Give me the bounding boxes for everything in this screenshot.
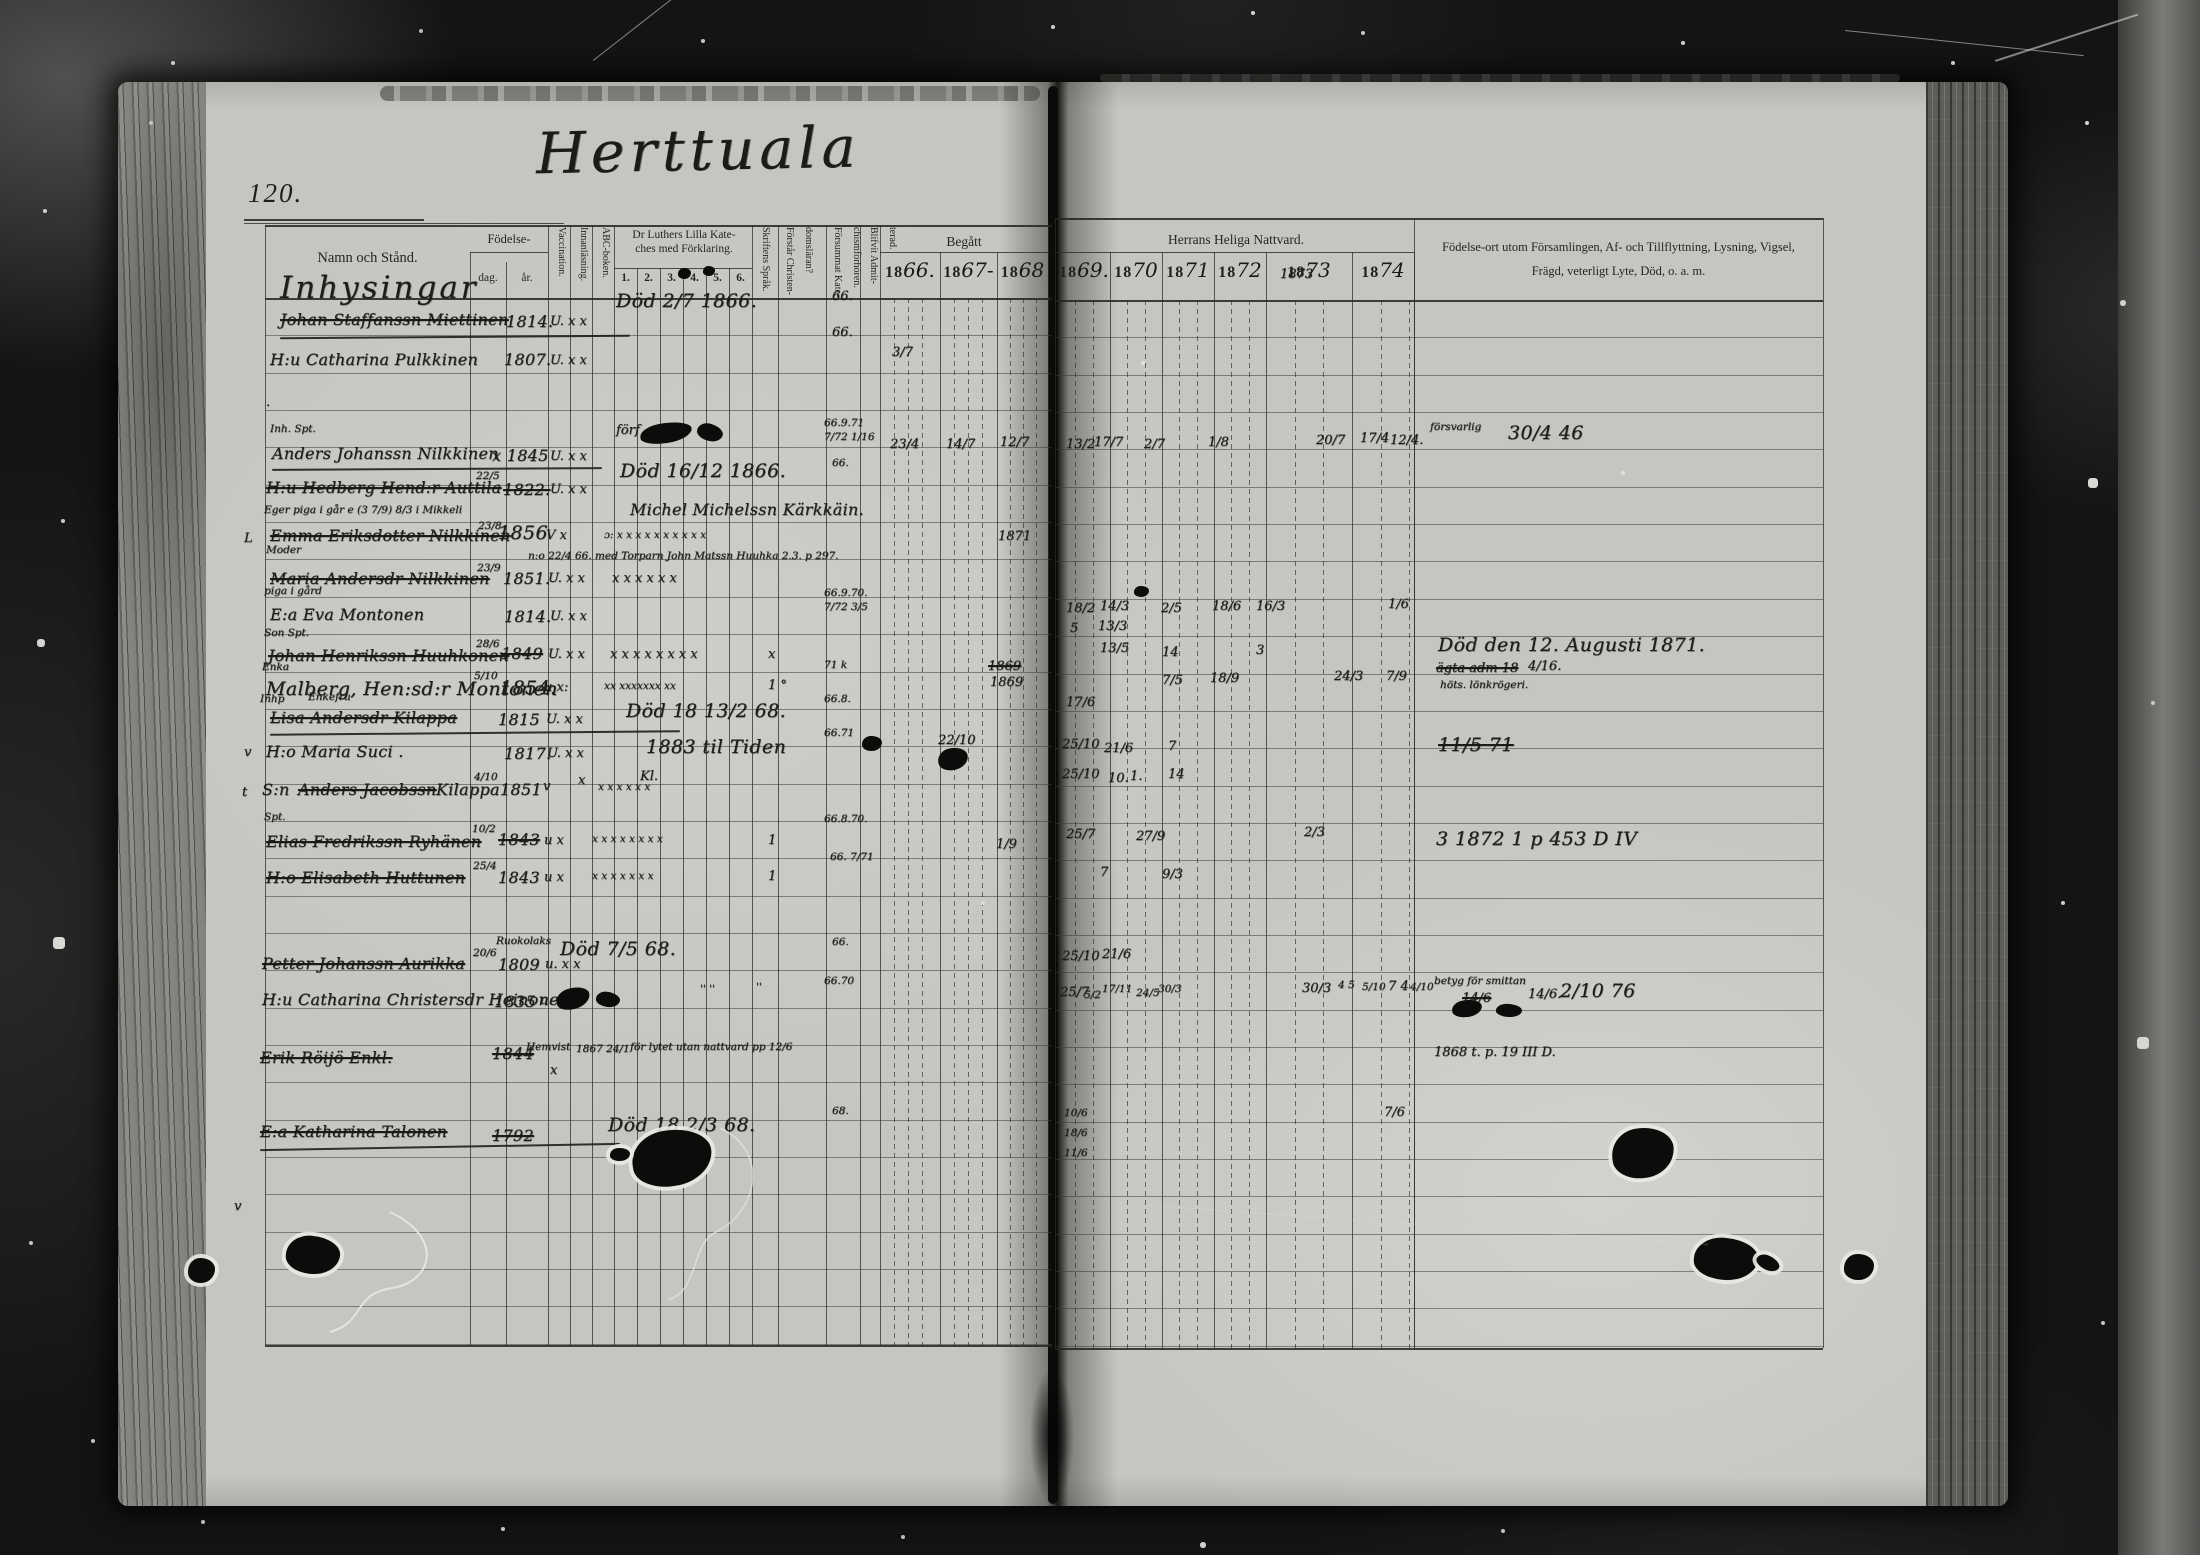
grid-line-h [265,522,1052,523]
handwritten-entry: 1. [1130,770,1142,783]
handwritten-entry: x 1845 [492,448,549,464]
handwritten-entry: 66. [832,326,853,339]
handwritten-entry: 1869 [988,660,1021,673]
col-header-understands-doctrine: Förstår Christen- domsläran? [780,227,818,299]
grid-line-h [1055,1346,1823,1347]
year-printed-prefix: 18 [1059,264,1077,281]
grid-line-v [1231,300,1232,1348]
year-handwritten-digits: 74 [1379,258,1404,282]
handwritten-entry: 1 [768,870,776,883]
grid-line-v [752,225,753,1345]
handwritten-entry: 5/10 [1362,982,1386,993]
handwritten-entry: 1809 [498,957,540,973]
left-page-stack-edge [118,82,206,1506]
handwritten-entry: x [578,774,585,787]
grid-line-h [1055,1122,1823,1123]
grid-line-h [265,1082,1052,1083]
handwritten-entry: 24/5 [1136,988,1160,999]
page-number: 120. [248,178,303,209]
scratch-line [593,0,712,61]
grid-line-h [265,634,1052,635]
handwritten-entry: 12/4. [1390,434,1423,447]
grid-line-h [1055,599,1823,600]
handwritten-entry: . [266,396,270,409]
grid-line-h [265,1269,1052,1270]
grid-line-h [1055,860,1823,861]
handwritten-entry: 21/6 [1102,948,1131,961]
grid-line-v [922,298,923,1345]
grid-line-h [265,1194,1052,1195]
handwritten-entry: 7 4 [1388,980,1409,993]
handwritten-entry: Spt. [264,812,285,823]
grid-line-v [1075,300,1076,1348]
handwritten-entry: 25/7 [1066,828,1095,841]
handwritten-entry: 1851. [503,571,550,587]
handwritten-entry: xx xxxxxxx xx [604,681,676,692]
handwritten-entry: 5 [1070,622,1078,635]
handwritten-entry: 2/7 [1144,438,1165,451]
handwritten-entry: 22/10 [938,734,975,747]
handwritten-entry: 25/10 [1062,768,1099,781]
grid-line-h [1055,561,1823,562]
right-page-stack-edge [1926,82,2008,1506]
handwritten-entry: Anders Jacobssn [298,782,437,798]
grid-line-v [1352,252,1353,1348]
grid-line-v [1145,300,1146,1348]
handwritten-entry: H:u Hedberg Hend:r Auttila [266,480,501,496]
handwritten-entry: 66. 7/71 [830,852,874,863]
section-heading-handwritten: Inhysingar [280,270,479,306]
handwritten-entry: 1835 [494,994,536,1010]
grid-line-h [265,1345,1052,1347]
grid-line-h [265,672,1052,673]
handwritten-entry: betyg för smittan [1434,976,1526,987]
handwritten-entry: för lytet utan nattvard [630,1042,749,1053]
handwritten-entry: 1867 24/1 [576,1044,630,1055]
grid-line-h [265,933,1052,934]
col-header-communion: Herrans Heliga Nattvard. [1058,232,1414,248]
handwritten-entry: U. x x [550,354,587,367]
catechism-subcol-label: 1. [614,272,637,284]
year-handwritten-digits: 72 [1236,258,1261,282]
handwritten-entry: 16/3 [1256,600,1285,613]
handwritten-entry: försvarlig [1430,422,1481,433]
handwritten-entry: 23/4 [890,438,919,451]
handwritten-entry: E:a Katharina Talonen [260,1124,447,1140]
handwritten-entry: V x [546,529,567,542]
handwritten-entry: v [234,1200,241,1213]
grid-line-v [729,268,730,1345]
catechism-subcol-label: 2. [637,272,660,284]
handwritten-entry: 4/16. [1528,660,1561,673]
grid-line-v [1381,300,1382,1348]
handwritten-entry: U. x x [546,713,583,726]
handwritten-entry: 10. [1108,772,1129,785]
grid-line-v [1048,225,1049,1345]
year-handwritten-digits: 69. [1077,258,1109,282]
col-header-reading: Innanläsning. [574,227,593,299]
grid-line-v [1323,300,1324,1348]
year-printed-prefix: 18 [1114,264,1132,281]
year-handwritten-digits: 71 [1184,258,1209,282]
handwritten-entry: 2/3 [1304,826,1325,839]
handwritten-entry: u x [544,834,564,847]
handwritten-entry: 66.9.70. [824,588,867,599]
handwritten-entry: 27/9 [1136,830,1165,843]
handwritten-entry: 1822. [503,482,550,498]
handwritten-entry: Johan Staffanssn Miettinen [280,312,509,328]
grid-line-h [1055,412,1823,413]
handwritten-entry: 25/4 [473,861,497,872]
handwritten-entry: Inhp [260,694,284,705]
handwritten-entry: 13/5 [1100,642,1129,655]
grid-line-h [1055,1348,1823,1350]
handwritten-entry: 7 [1168,740,1176,753]
scratch-line [1995,14,2138,62]
grid-line-v [826,225,827,1345]
handwritten-entry: höts. lönkrögeri. [1440,680,1528,691]
col-header-catechism-1: Dr Luthers Lilla Kate- [616,229,752,241]
handwritten-entry: 11/5 71 [1438,736,1514,755]
grid-line-v [1093,300,1094,1348]
handwritten-entry: 71 k [824,660,847,671]
handwritten-entry: 1843 [498,870,540,886]
page-number-underline-2 [244,223,564,224]
handwritten-entry: 7/5 [1162,674,1183,687]
grid-line-v [1249,300,1250,1348]
handwritten-entry: '' [756,982,762,993]
handwritten-entry: 18/9 [1210,672,1239,685]
village-title-handwritten: Herttuala [535,115,861,188]
col-header-vaccination: Vaccination. [552,227,571,299]
grid-line-v [860,225,861,1345]
grid-line-v [1197,300,1198,1348]
handwritten-entry: 66.70 [824,976,854,987]
year-handwritten-digits: 66. [903,258,935,282]
handwritten-entry: 5/2 [1084,990,1101,1001]
col-header-catechism-2: ches med Förklaring. [616,243,752,255]
handwritten-entry: 3 1872 1 p 453 D IV [1436,830,1637,849]
grid-line-v [1127,300,1128,1348]
handwritten-entry: 28/6 [476,639,500,650]
handwritten-entry: ɔ: x x x x x x x x x x [604,530,706,541]
handwritten-entry: 1869 [990,676,1023,689]
handwritten-entry: x [768,648,775,661]
handwritten-entry: 11/6 [1064,1148,1088,1159]
grid-line-v [880,225,881,1345]
year-header: 1871 [1162,258,1214,282]
handwritten-entry: 22/5 [476,471,500,482]
handwritten-entry: 66.8. [824,694,851,705]
col-header-birth: Födelse- [470,232,548,247]
grid-line-v [1295,300,1296,1348]
grid-line-h [1055,786,1823,787]
handwritten-entry: v [543,780,550,793]
handwritten-entry: x x x x x x [612,572,677,585]
grid-line-h [880,252,1048,253]
grid-line-h [265,1306,1052,1307]
handwritten-entry: 17/6 [1066,696,1095,709]
handwritten-entry: 30/4 46 [1508,424,1584,443]
handwritten-entry: Elias Fredrikssn Ryhänen [266,834,481,850]
handwritten-entry: 1883 til Tiden [646,738,786,757]
grid-line-v [940,252,941,1345]
handwritten-entry: Ruokolaks [496,936,551,947]
handwritten-entry: 7/72 1/16 [824,432,875,443]
col-header-abc-book: ABC-boken. [596,227,615,299]
grid-line-h [265,896,1052,897]
handwritten-entry: 14/7 [946,438,975,451]
handwritten-entry: x x x x x x x x [592,834,663,845]
year-printed-prefix: 18 [1361,264,1379,281]
handwritten-entry: Emma Eriksdotter Nilkkinen [270,528,511,544]
handwritten-entry: piga i gård [264,586,322,597]
handwritten-entry: 1843 [498,832,540,848]
handwritten-entry: Erik Röijö Enkl. [260,1050,392,1066]
year-header: 1870 [1110,258,1162,282]
handwritten-entry: 18/2 [1066,602,1095,615]
handwritten-entry: pp 12/6 [752,1042,792,1053]
notes-header-line2: Frägd, veterligt Lyte, Död, o. a. m. [1414,264,1823,279]
photo-right-gray-band [2118,0,2200,1555]
grid-line-v [982,298,983,1345]
notes-header-line1: Födelse-ort utom Församlingen, Af- och T… [1414,240,1823,255]
handwritten-entry: 12/7 [1000,436,1029,449]
grid-line-v [1214,252,1215,1348]
year-printed-prefix: 18 [1001,264,1019,281]
handwritten-entry: förf [616,424,640,437]
handwritten-entry: 1868 t. p. 19 III D. [1434,1046,1556,1059]
handwritten-entry: H:u Catharina Pulkkinen [270,352,478,368]
year-header: 1868 [997,258,1048,282]
handwritten-entry: 1/8 [1208,436,1229,449]
grid-line-h [1055,1010,1823,1011]
handwritten-entry: 4/10 [474,772,498,783]
handwritten-entry: v [244,746,251,759]
year-printed-prefix: 18 [885,264,903,281]
scanned-parish-register-photo: 120. Herttuala Inhysingar Namn och Stånd… [0,0,2200,1555]
handwritten-entry: 21/6 [1104,742,1133,755]
handwritten-entry: 14 [1168,768,1185,781]
grid-line-v [1823,218,1824,1348]
grid-line-h [1055,449,1823,450]
handwritten-entry: 24/3 [1334,670,1363,683]
grid-line-h [265,410,1052,411]
left-page-top-edge-smudge [380,86,1040,101]
handwritten-entry: 5/10 [474,671,498,682]
handwritten-entry: Moder [266,545,301,556]
grid-line-h [265,821,1052,822]
handwritten-entry: 1 [768,834,776,847]
handwritten-entry: 18/6 [1064,1128,1088,1139]
grid-line-v [1055,218,1056,1348]
handwritten-entry: 1873 [1280,268,1313,281]
year-header: 1866. [880,258,940,282]
grid-line-h [1055,1308,1823,1309]
handwritten-entry: '' '' [700,984,715,995]
handwritten-entry: 17/7 [1094,436,1123,449]
handwritten-entry: Död 18 13/2 68. [626,702,786,721]
handwritten-entry: Död 7/5 68. [560,940,676,959]
handwritten-entry: Inh. Spt. [270,424,316,435]
handwritten-entry: 7/72 3/5 [824,602,868,613]
handwritten-entry: n:o 22/4 66. med Torparn John Matssn Huu… [528,551,839,562]
grid-line-v [1036,298,1037,1345]
grid-line-v [954,298,955,1345]
handwritten-entry: 23/9 [477,563,501,574]
col-header-scripture-language: Skriftens Språk. [756,227,775,299]
grid-line-h [265,1232,1052,1233]
handwritten-entry: 25/10 [1062,950,1099,963]
handwritten-entry: 18/6 [1212,600,1241,613]
col-header-begatt: Begått [880,234,1048,250]
year-printed-prefix: 18 [943,264,961,281]
handwritten-entry: u x [544,871,564,884]
handwritten-entry: U. x x [548,572,585,585]
handwritten-entry: 2/10 76 [1560,982,1636,1001]
grid-line-v [1023,298,1024,1345]
grid-line-h [265,225,1052,227]
handwritten-entry: 14/6. [1528,988,1561,1001]
handwritten-entry: E:a Eva Montonen [270,607,424,623]
grid-line-h [1055,972,1823,973]
handwritten-entry: 1807. [504,352,551,368]
grid-line-v [908,298,909,1345]
grid-line-v [968,298,969,1345]
handwritten-entry: 25/10 [1062,738,1099,751]
handwritten-entry: 66.9.71 [824,418,864,429]
grid-line-h [1055,524,1823,525]
handwritten-entry: H:o Elisabeth Huttunen [266,870,465,886]
handwritten-entry: 7/6 [1384,1106,1405,1119]
grid-line-v [778,225,779,1345]
handwritten-entry: Petter Johanssn Aurikka [262,956,465,972]
handwritten-entry: 2/5 [1161,602,1182,615]
handwritten-entry: Johan Henrikssn Huuhkonen [268,648,509,664]
page-number-underline [244,219,424,221]
year-header: 1867- [940,258,997,282]
handwritten-entry: Kl. [640,770,658,783]
handwritten-entry: 68. [832,1106,849,1117]
year-printed-prefix: 18 [1166,264,1184,281]
handwritten-entry: 3/7 [892,346,913,359]
handwritten-entry: 1851 [500,782,542,798]
handwritten-entry: 1814. [504,609,551,625]
year-header: 1872 [1214,258,1266,282]
handwritten-entry: Enka [262,662,289,673]
grid-line-h [1055,823,1823,824]
grid-line-v [570,225,571,1345]
handwritten-entry: Död 16/12 1866. [620,462,786,481]
handwritten-entry: 10/6 [1064,1108,1088,1119]
grid-line-h [1055,1196,1823,1197]
handwritten-entry: Eger piga i går e (3 7/9) 8/3 i Mikkeli [264,505,462,516]
year-handwritten-digits: 67- [961,258,993,282]
year-printed-prefix: 18 [1218,264,1236,281]
handwritten-entry: 4 5 [1338,980,1355,991]
handwritten-entry: u x: [544,681,568,694]
handwritten-entry: Död den 12. Augusti 1871. [1438,636,1705,655]
grid-line-h [265,373,1052,374]
handwritten-entry: 30/3 [1302,982,1331,995]
handwritten-entry: 1814. [506,314,553,330]
handwritten-entry: 66.8.70. [824,814,867,825]
grid-line-v [592,225,593,1345]
handwritten-entry: 1849 [501,646,543,662]
handwritten-entry: 17/11 [1102,984,1132,995]
year-handwritten-digits: 70 [1132,258,1157,282]
grid-line-h [1055,1234,1823,1235]
grid-line-v [1266,252,1267,1348]
grid-line-v [1409,300,1410,1348]
grid-line-h [1055,711,1823,712]
handwritten-entry: 13/2 [1066,438,1095,451]
grid-line-h [1055,898,1823,899]
handwritten-entry: 7/9 [1386,670,1407,683]
handwritten-entry: U. x x [548,648,585,661]
handwritten-entry: L [244,532,253,545]
handwritten-entry: Hemvist [526,1042,570,1053]
handwritten-entry: ägta adm 18 [1436,662,1518,675]
year-handwritten-digits: 68 [1019,258,1044,282]
handwritten-entry: 4/10 [1410,982,1434,993]
dust-specks [0,0,2,2]
handwritten-entry: H:o Maria Suci . [266,744,404,760]
handwritten-entry: 66.71 [824,728,854,739]
handwritten-entry: 14 [1162,646,1179,659]
handwritten-entry: U. x x [550,315,587,328]
handwritten-entry: u. [540,994,553,1007]
handwritten-entry: 1871 [998,530,1031,543]
right-page-top-edge [1100,74,1900,82]
handwritten-entry: 1817. [504,746,551,762]
handwritten-entry: 1/6 [1388,598,1409,611]
handwritten-entry: 20/7 [1316,434,1345,447]
handwritten-entry: 30/3 [1158,984,1182,995]
handwritten-entry: Död 2/7 1866. [616,292,757,311]
handwritten-entry: Kilappa [436,782,500,798]
handwritten-entry: 3 [1256,644,1264,657]
grid-line-h [1055,487,1823,488]
year-header: 1869. [1058,258,1110,282]
handwritten-entry: t [242,786,247,799]
handwritten-entry: Anders Johanssn Nilkkinen [272,446,499,462]
grid-line-h [1055,1084,1823,1085]
handwritten-entry: 1 ° [768,679,787,692]
handwritten-entry: 66. [832,290,853,303]
grid-line-h [1055,218,1823,220]
handwritten-entry: x [550,1064,557,1077]
grid-line-h [1055,252,1414,253]
handwritten-entry: 7 [1100,866,1108,879]
handwritten-entry: 20/6 [473,948,497,959]
handwritten-entry: 10/2 [472,824,496,835]
handwritten-entry: S:n [262,782,290,798]
handwritten-entry: 13/3 [1098,620,1127,633]
grid-line-h [265,597,1052,598]
handwritten-entry: Son Spt. [264,628,309,639]
handwritten-entry: 1792 [492,1128,534,1144]
grid-line-h [1055,300,1823,302]
grid-line-v [1010,298,1011,1345]
book-gutter-shadow [1000,82,1118,1506]
grid-line-v [1179,300,1180,1348]
grid-line-v [1414,218,1415,1348]
handwritten-entry: 9/3 [1162,868,1183,881]
grid-line-v [506,262,507,1345]
grid-line-v [997,252,998,1345]
handwritten-entry: 66. [832,937,849,948]
